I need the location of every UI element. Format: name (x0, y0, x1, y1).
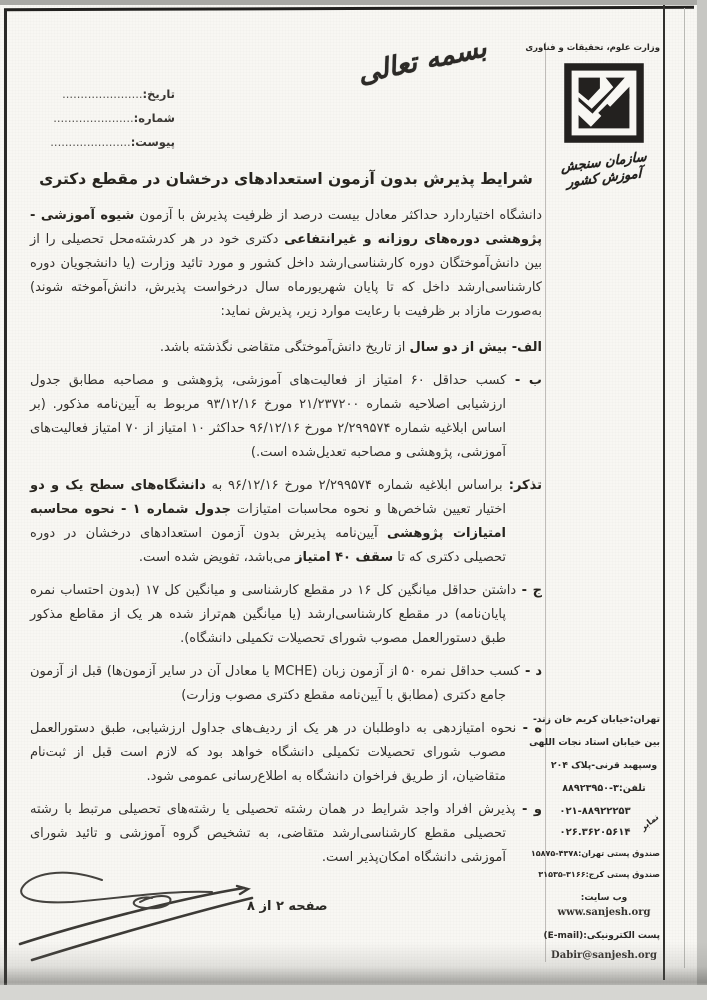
meta-field-row: پیوست:...................... (30, 130, 175, 154)
fax-number: ۰۲۶.۳۶۲۰۵۶۱۴ (548, 822, 642, 843)
body-text: اختیار تعیین شاخص‌ها و نحوه محاسبات امتی… (231, 502, 506, 517)
fax-label: نمابر (641, 813, 661, 832)
meta-field-dotted-line: ...................... (62, 87, 142, 101)
pobox-lines: صندوق پستی تهران:۴۳۷۸-۱۵۸۷۵صندوق پستی کر… (548, 844, 660, 885)
body-text: از تاریخ دانش‌آموختگی متقاضی نگذشته باشد… (160, 340, 410, 355)
organization-name-calligraphy: سازمان سنجش آموزش کشور (548, 148, 660, 194)
body-text: می‌باشد، تفویض شده است. (139, 550, 295, 565)
letterhead-sidebar: وزارت علوم، تحقیقات و فناوری سازمان سنجش… (548, 42, 660, 187)
ministry-name: وزارت علوم، تحقیقات و فناوری (548, 42, 660, 54)
condition-item: الف- بیش از دو سال از تاریخ دانش‌آموختگی… (30, 336, 542, 360)
scan-bottom-edge (0, 985, 707, 1000)
scan-bottom-shadow (0, 942, 707, 986)
body-text: کسب حداقل نمره ۵۰ از آزمون زبان (MCHE یا… (30, 664, 520, 703)
intro-paragraph: دانشگاه اختیاردارد حداکثر معادل بیست درص… (30, 204, 542, 324)
body-text: داشتن حداقل میانگین کل ۱۶ در مقطع کارشنا… (30, 583, 516, 646)
condition-item: د - کسب حداقل نمره ۵۰ از آزمون زبان (MCH… (30, 660, 542, 708)
page-number: صفحه ۲ از ۸ (247, 899, 328, 914)
scanner-background-strip (697, 0, 707, 1000)
document-title: شرایط پذیرش بدون آزمون استعدادهای درخشان… (30, 170, 542, 188)
pobox-line: صندوق پستی کرج:۳۱۶۶-۳۱۵۳۵ (548, 865, 660, 885)
website-url: www.sanjesh.org (548, 905, 660, 921)
meta-field-label: شماره: (134, 111, 175, 125)
pobox-line: صندوق پستی تهران:۴۳۷۸-۱۵۸۷۵ (548, 844, 660, 864)
meta-field-dotted-line: ...................... (50, 135, 130, 149)
condition-item-marker: ب - (506, 373, 542, 388)
meta-field-label: تاریخ: (143, 87, 175, 101)
fax-numbers: ۰۲۱-۸۸۹۲۲۲۵۳۰۲۶.۳۶۲۰۵۶۱۴ (548, 801, 642, 843)
contact-info-block: تهران:خیابان کریم خان زند-بین خیابان است… (548, 708, 660, 963)
body-text: کسب حداقل ۶۰ امتیاز از فعالیت‌های آموزشی… (30, 373, 506, 460)
condition-item-marker: د - (520, 664, 542, 679)
fax-number: ۰۲۱-۸۸۹۲۲۲۵۳ (548, 801, 642, 822)
condition-item-marker: ج - (516, 583, 542, 598)
phone-number: تلفن:۳-۸۸۹۲۳۹۵۰ (548, 777, 660, 800)
condition-item-marker: ه - (516, 721, 542, 736)
address-line: تهران:خیابان کریم خان زند- (548, 708, 660, 731)
scan-right-faint-line (684, 8, 685, 968)
condition-item: ج - داشتن حداقل میانگین کل ۱۶ در مقطع کا… (30, 579, 542, 651)
emphasized-text: دوره‌های روزانه و غیرانتفاعی (284, 232, 480, 247)
emphasized-text: بیش از دو سال (409, 340, 507, 355)
scan-right-edge-line (663, 5, 665, 980)
sanjesh-logo-icon (563, 59, 645, 147)
body-text: نحوه امتیازدهی به داوطلبان در هر یک از ر… (30, 721, 516, 784)
condition-item: تذکر: براساس ابلاغیه شماره ۲/۲۹۹۵۷۴ مورخ… (30, 474, 542, 570)
letter-meta-fields: تاریخ:......................شماره:......… (30, 82, 175, 154)
scan-top-strip (0, 0, 707, 5)
address-line: وسپهبد قرنی-پلاک ۲۰۴ (548, 754, 660, 777)
condition-item: ب - کسب حداقل ۶۰ امتیاز از فعالیت‌های آم… (30, 369, 542, 465)
email-label: پست الکترونیکی:(E-mail) (548, 929, 660, 943)
scan-left-edge-line (4, 10, 7, 988)
website-label: وب سایت: (548, 891, 660, 905)
meta-field-label: پیوست: (131, 135, 175, 149)
document-body: شرایط پذیرش بدون آزمون استعدادهای درخشان… (30, 170, 542, 879)
bismillah-calligraphy: بسمه تعالی (345, 29, 508, 138)
conditions-list: الف- بیش از دو سال از تاریخ دانش‌آموختگی… (30, 336, 542, 870)
address-line: بین خیابان استاد نجات اللهی (548, 731, 660, 754)
condition-item-marker: و - (515, 802, 542, 817)
condition-item-marker: الف- (507, 340, 542, 355)
emphasized-text: دانشگاه‌های سطح یک و دو (30, 478, 206, 493)
fax-block: نمابر ۰۲۱-۸۸۹۲۲۲۵۳۰۲۶.۳۶۲۰۵۶۱۴ (548, 801, 660, 843)
body-text: براساس ابلاغیه شماره ۲/۲۹۹۵۷۴ مورخ ۹۶/۱۲… (206, 478, 503, 493)
meta-field-row: شماره:...................... (30, 106, 175, 130)
letterhead-divider-line (545, 42, 546, 962)
condition-item-marker: تذکر: (503, 478, 542, 493)
scan-top-edge-line (4, 6, 694, 11)
meta-field-row: تاریخ:...................... (30, 82, 175, 106)
scanned-letter-page: بسمه تعالی تاریخ:......................ش… (0, 0, 707, 1000)
body-text: دانشگاه اختیاردارد حداکثر معادل بیست درص… (134, 208, 542, 223)
condition-item: ه - نحوه امتیازدهی به داوطلبان در هر یک … (30, 717, 542, 789)
address-lines: تهران:خیابان کریم خان زند-بین خیابان است… (548, 708, 660, 777)
meta-field-dotted-line: ...................... (53, 111, 133, 125)
emphasized-text: سقف ۴۰ امتیاز (295, 550, 393, 565)
